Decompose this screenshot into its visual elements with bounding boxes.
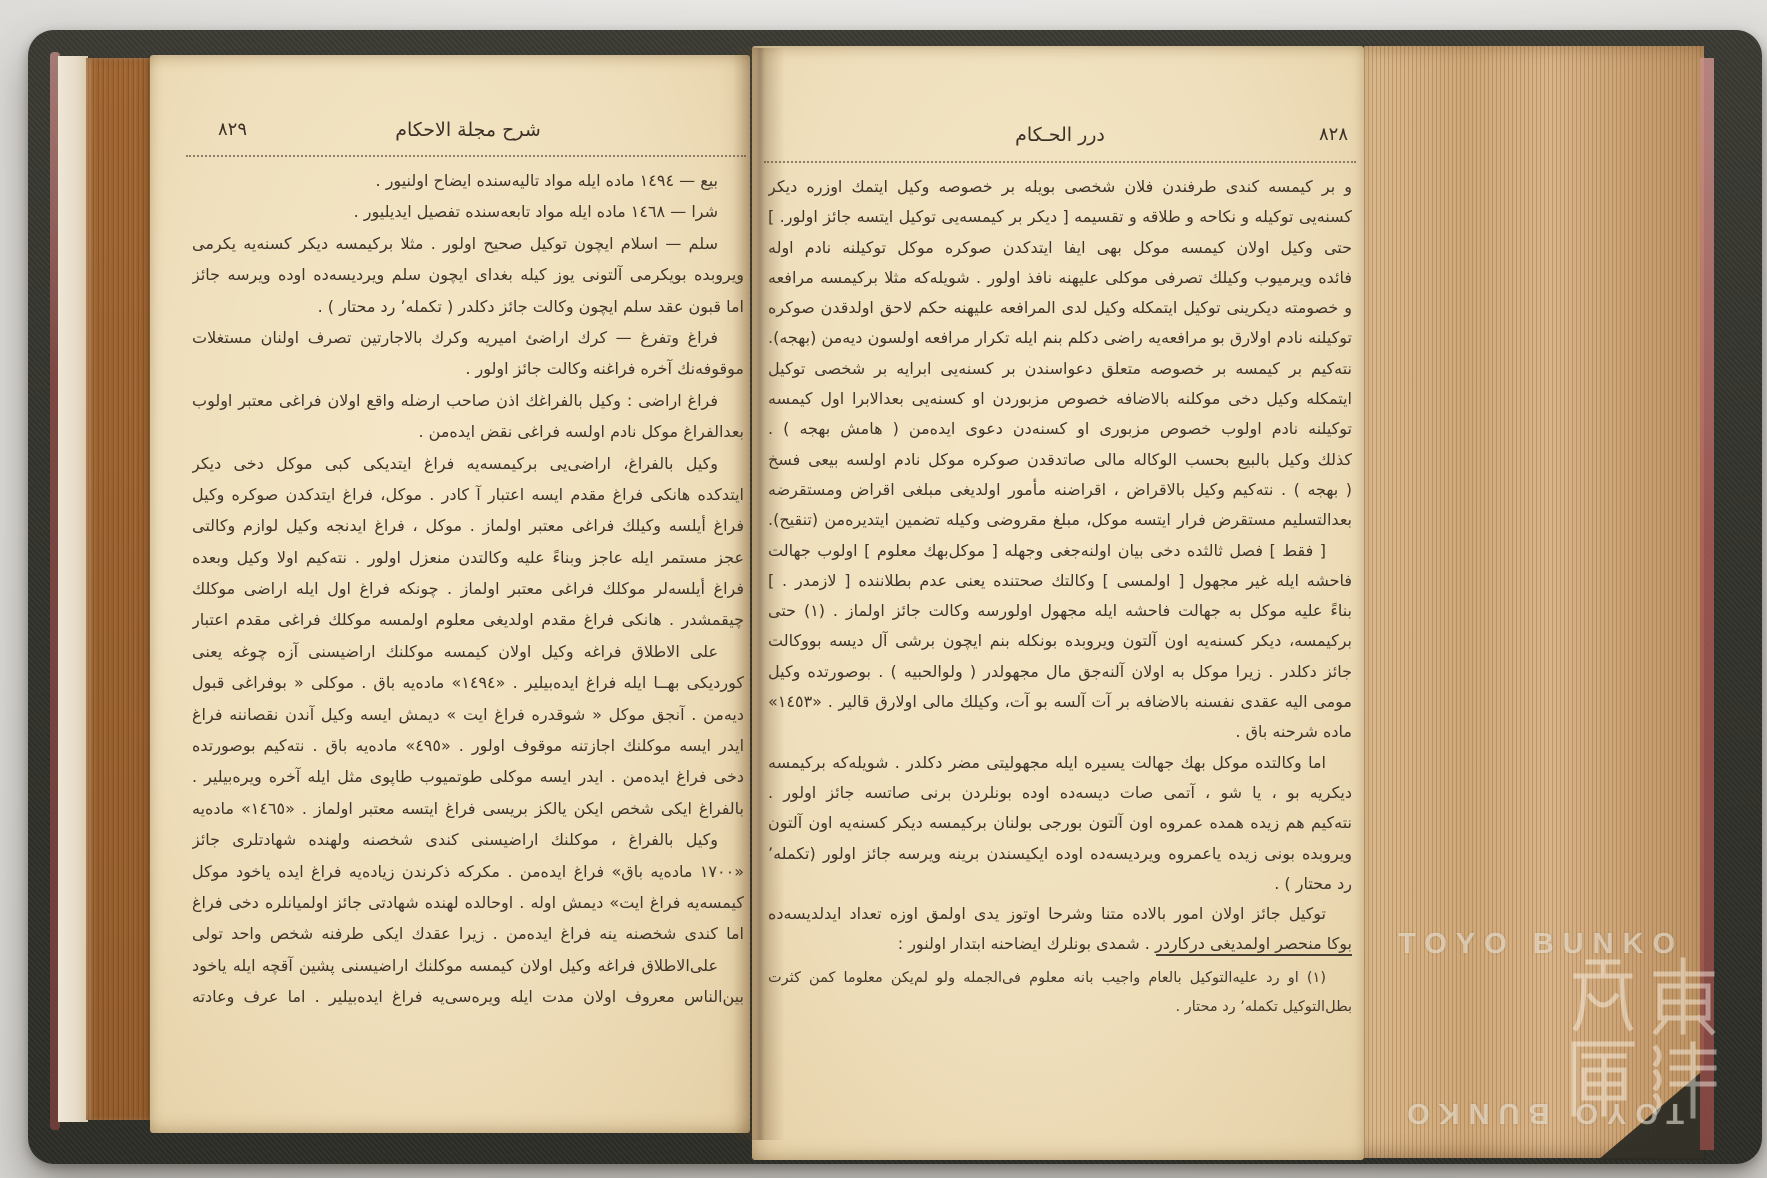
text-line: بين‌الناس معروف اولان مدت ايله ويره‌سى‌ي… <box>192 981 744 1012</box>
text-line: «١٧٠٠ ماده‌يه باق» فراغ ايده‌من . مكركه … <box>192 856 744 887</box>
book-gutter-shadow <box>733 48 785 1140</box>
text-line: كيمسه‌يه فراغ ايت» ديمش اوله . اوحالده ل… <box>192 887 744 918</box>
text-line: وكيل بالفراغ ، موكلنك اراضيسنى كندى شخصن… <box>192 824 744 855</box>
footnote-block: (١) او رد عليه‌التوكيل بالعام واجيب بانه… <box>768 964 1352 1022</box>
text-line: بيع — ١٤٩٤ ماده ايله مواد تاليه‌سنده ايض… <box>192 165 744 196</box>
text-line: حتى وكيل اولان كيمسه موكل بهى ايفا ايتدك… <box>768 233 1352 263</box>
text-line: جائز دكلدر . زيرا موكل به اولان آلنه‌جق … <box>768 657 1352 687</box>
text-line: اما كندى شخصنه ينه فراغ ايده‌من . زيرا ع… <box>192 918 744 949</box>
text-line: (١) او رد عليه‌التوكيل بالعام واجيب بانه… <box>768 964 1352 993</box>
right-page-header: ٨٢٨ درر الحـكام <box>768 124 1352 154</box>
text-line: ماده شرحنه باق . <box>768 717 1352 747</box>
text-line: فراغ أيلسه‌لر موكلك فراغى معتبر اولماز .… <box>192 573 744 604</box>
text-line: ايدر ايسه موكلنك اجازتنه موقوف اولور . «… <box>192 730 744 761</box>
right-page-title: درر الحـكام <box>1015 124 1105 146</box>
text-line: ديه‌من . آنجق موكل « شوقدره فراغ ايت » د… <box>192 699 744 730</box>
text-line: نته‌كيم بر كيمسه بر خصوصه متعلق دعواسندن… <box>768 354 1352 384</box>
text-line: موقوفه‌نك آخره فراغنه وكالت جائز اولور . <box>192 353 744 384</box>
text-line: مومى اليه عقدى نفسنه بالاضافه بر آت آلسه… <box>768 687 1352 717</box>
text-line: كورديكى بهــا ايله فراغ ايده‌بيلير . «١٤… <box>192 667 744 698</box>
left-page-text-block: بيع — ١٤٩٤ ماده ايله مواد تاليه‌سنده ايض… <box>192 165 744 1013</box>
left-page-header: ٨٢٩ شرح مجلة الاحكام <box>192 119 744 149</box>
text-line: بعدالتسليم مستقرض فرار ايتسه موكل، مبلغ … <box>768 505 1352 535</box>
right-header-rule <box>764 161 1356 163</box>
text-line: توكيلنه نادم اولوب خصوص مزبورى او كسنه‌د… <box>768 414 1352 444</box>
text-line: ايتمكله وكيل دخى موكلنه بالاضافه خصوص مز… <box>768 384 1352 414</box>
left-page-edges <box>86 58 152 1120</box>
text-line: كسنه‌يى توكيله و نكاحه و طلاقه و تقسيمه … <box>768 202 1352 232</box>
left-page-number: ٨٢٩ <box>218 119 247 140</box>
text-line: فائده ويرميوب وكيلك تصرفى موكلى عليهنه ن… <box>768 263 1352 293</box>
left-endpaper <box>58 56 88 1122</box>
text-line: فراغ اراضى : وكيل بالفراغك اذن صاحب ارضل… <box>192 385 744 416</box>
text-line: توكيلنه نادم اولارق بو مرافعه‌يه راضى دك… <box>768 323 1352 353</box>
text-line: توكيل جائز اولان امور بالاده متنا وشرحا … <box>768 899 1352 929</box>
text-line: بعدالفراغ موكل نادم اولسه فراغى نقض ايده… <box>192 416 744 447</box>
text-line: و خصومته ديكرينى توكيل ايتمكله وكيل لدى … <box>768 293 1352 323</box>
text-line: ( بهجه ) . نته‌كيم وكيل بالاقراض ، اقراض… <box>768 475 1352 505</box>
right-page: ٨٢٨ درر الحـكام و بر كيمسه كندى طرفندن ف… <box>752 46 1364 1160</box>
left-header-rule <box>186 155 746 157</box>
text-line: چيقمشدر . هانكى فراغ مقدم اولديغى معلوم … <box>192 604 744 635</box>
text-line: فاحشه ايله غير مجهول [ اولمسى ] وكالتك ص… <box>768 566 1352 596</box>
text-line: نته‌كيم هم زيده همده عمروه اون آلتون بور… <box>768 808 1352 838</box>
toyo-bunko-watermark-text-inverted: TOYO BUNKO <box>1398 1096 1684 1129</box>
right-page-text-block: و بر كيمسه كندى طرفندن فلان شخصى بويله ب… <box>768 172 1352 960</box>
text-line: وكيل بالفراغ، اراضى‌يى بركيمسه‌يه فراغ ا… <box>192 448 744 479</box>
text-line: فراغ أيلسه وكيلك فراغى معتبر اولماز . مو… <box>192 510 744 541</box>
text-line: و بر كيمسه كندى طرفندن فلان شخصى بويله ب… <box>768 172 1352 202</box>
text-line: شرا — ١٤٦٨ ماده ايله مواد تابعه‌سنده تفص… <box>192 196 744 227</box>
text-line: بناءً عليه موكل به جهالت فاحشه ايله مجهو… <box>768 596 1352 626</box>
left-page: ٨٢٩ شرح مجلة الاحكام بيع — ١٤٩٤ ماده ايل… <box>150 55 750 1133</box>
text-line: على‌الاطلاق فراغه وكيل اولان كيمسه موكلن… <box>192 950 744 981</box>
text-line: عجز مستمر ايله عاجز وبناءً عليه وكالتدن … <box>192 542 744 573</box>
text-line: اما قبون عقد سلم ايچون وكالت جائز دكلدر … <box>192 291 744 322</box>
text-line: دخى فراغ ايده‌من . ايدر ايسه موكلى طوتمي… <box>192 761 744 792</box>
text-line: بركيمسه، ديكر كسنه‌يه اون آلتون ويروبده … <box>768 626 1352 656</box>
text-line: سلم — اسلام ايچون توكيل صحيح اولور . مثل… <box>192 228 744 259</box>
text-line: بطل‌التوكيل تكمله٬ رد محتار . <box>768 993 1352 1022</box>
left-page-title: شرح مجلة الاحكام <box>395 119 541 141</box>
photo-of-open-book: { "left_page": { "page_number": "٨٢٩", "… <box>0 0 1767 1178</box>
text-line: رد محتار ) . <box>768 869 1352 899</box>
text-line: ديكريه بو ، يا شو ، آتمى صات ديسه‌ده اود… <box>768 778 1352 808</box>
text-line: على الاطلاق فراغه وكيل اولان كيمسه موكلن… <box>192 636 744 667</box>
footnote-separator-rule <box>1156 954 1352 956</box>
text-line: كذلك وكيل بالبيع بحسب الوكاله مالى صاتدق… <box>768 445 1352 475</box>
text-line: ويروبده بونى زيده ياعمروه ويرديسه‌ده اود… <box>768 839 1352 869</box>
text-line: ايتدكده هانكى فراغ مقدم ايسه اعتبار آ كا… <box>192 479 744 510</box>
text-line: بالفراغ ايكى شخص ايكن يالكز بريسى فراغ ا… <box>192 793 744 824</box>
right-page-number: ٨٢٨ <box>1319 124 1348 145</box>
text-line: ويروبده بويكرمى آلتونى يوز كيله بغداى اي… <box>192 259 744 290</box>
text-line: اما وكالتده موكل بهك جهالت يسيره ايله مج… <box>768 748 1352 778</box>
text-line: فراغ وتفرغ — كرك اراضئ اميريه وكرك بالاج… <box>192 322 744 353</box>
text-line: [ فقط ] فصل ثالثده دخى بيان اولنه‌جغى وج… <box>768 536 1352 566</box>
